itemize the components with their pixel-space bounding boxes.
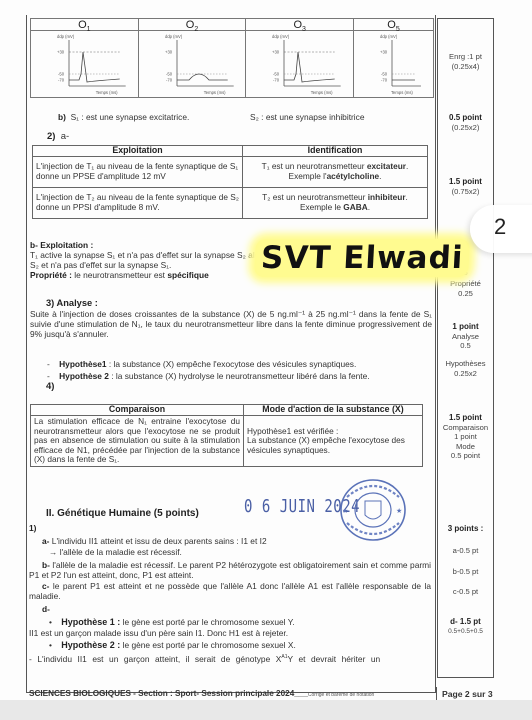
svg-text:-50: -50 — [58, 72, 65, 77]
svg-text:ddp (mV): ddp (mV) — [165, 34, 183, 39]
svg-text:-50: -50 — [273, 72, 280, 77]
mode-cell: Hypothèse1 est vérifiée : La substance (… — [244, 416, 423, 467]
footer-page-number: Page 2 sur 3 — [436, 687, 493, 701]
svg-text:-70: -70 — [58, 78, 65, 83]
svg-text:ddp (mV): ddp (mV) — [380, 34, 398, 39]
graph-o5: ddp (mV)Temps (ms)+30-50-70 — [354, 32, 433, 98]
grade-text: (0.25x2) — [437, 123, 494, 133]
q2b-line2: S₂ et n'a pas d'effet sur la synapse S₁. — [30, 260, 171, 270]
grade-text: 0.25 — [437, 289, 494, 299]
table-row: La stimulation efficace de N₁ entraine l… — [31, 416, 423, 467]
col-header: Exploitation — [33, 146, 243, 157]
part2-a: a- L'individu II1 atteint et issu de deu… — [42, 536, 267, 546]
svg-text:+30: +30 — [380, 50, 388, 55]
svg-text:-50: -50 — [166, 72, 173, 77]
graph-o3: ddp (mV)Temps (ms)+30-50-70 — [246, 32, 353, 98]
col-header: Mode d'action de la substance (X) — [244, 405, 423, 416]
part2-c: c- le parent P1 est atteint et ne possèd… — [29, 581, 431, 601]
grade-g1: 3 points : — [437, 524, 494, 534]
q4-label: 4) — [46, 382, 54, 392]
grade-text: Propriété — [437, 279, 494, 289]
grade-enrg: Enrg :1 pt (0.25x4) — [437, 52, 494, 71]
grade-text: (0.75x2) — [437, 187, 494, 197]
svg-text:★: ★ — [342, 507, 348, 515]
svg-text:Temps (ms): Temps (ms) — [96, 90, 118, 95]
q2a-table: Exploitation Identification L'injection … — [32, 145, 428, 219]
graph-o1: ddp (mV)Temps (ms)+30-50-70 — [31, 32, 138, 98]
grade-text: Comparaison — [437, 423, 494, 433]
grade-points: 1.5 point — [449, 413, 482, 422]
page-counter-badge[interactable]: 2 — [470, 205, 532, 253]
part2-hyp2-conclusion: - L'individu II1 est un garçon atteint, … — [29, 652, 380, 664]
grade-text: (0.25x4) — [437, 62, 494, 72]
q3-hypothesis-2: - Hypothèse 2 : la substance (X) hydroly… — [47, 371, 370, 381]
identification-cell: T₁ est un neurotransmetteur excitateur. … — [243, 157, 428, 188]
part2-hyp1-conclusion: II1 est un garçon malade issu d'un père … — [29, 628, 288, 638]
svg-text:Temps (ms): Temps (ms) — [203, 90, 225, 95]
svg-text:+30: +30 — [165, 50, 173, 55]
part2-hyp1: • Hypothèse 1 : le gène est porté par le… — [49, 617, 295, 627]
svg-text:-70: -70 — [273, 78, 280, 83]
exploitation-cell: L'injection de T₂ au niveau de la fente … — [33, 188, 243, 219]
svg-text:+30: +30 — [57, 50, 65, 55]
grade-q2a: 1.5 point (0.75x2) — [437, 177, 494, 196]
svg-text:+30: +30 — [272, 50, 280, 55]
graph-cell: O1 ddp (mV)Temps (ms)+30-50-70 — [31, 19, 139, 97]
svg-text:-50: -50 — [381, 72, 388, 77]
grade-propriete: Propriété 0.25 — [437, 279, 494, 298]
svg-text:★: ★ — [396, 507, 402, 515]
col-header: Comparaison — [31, 405, 244, 416]
grade-g1b: b-0.5 pt — [437, 567, 494, 577]
q3-analysis: Suite à l'injection de doses croissantes… — [30, 309, 432, 340]
official-seal-icon: ★ ★ — [338, 477, 408, 543]
grade-points: 1.5 point — [449, 177, 482, 186]
q3-title: 3) Analyse : — [46, 298, 98, 308]
part2-hyp2: • Hypothèse 2 : le gène est porté par le… — [49, 640, 296, 650]
part2-title: II. Génétique Humaine (5 points) — [46, 509, 199, 519]
graph-cell: O2 ddp (mV)Temps (ms)+30-50-70 — [139, 19, 247, 97]
part2-a-conclusion: → l'allèle de la maladie est récessif. — [49, 547, 182, 557]
graph-o2: ddp (mV)Temps (ms)+30-50-70 — [139, 32, 246, 98]
comparaison-cell: La stimulation efficace de N₁ entraine l… — [31, 416, 244, 467]
grade-text: 1 point — [437, 432, 494, 442]
q2b-title: b- Exploitation : — [30, 240, 93, 250]
grade-text: Mode — [437, 442, 494, 452]
identification-cell: T₂ est un neurotransmetteur inhibiteur. … — [243, 188, 428, 219]
part2-b: b- l'allèle de la maladie est récessif. … — [29, 560, 431, 580]
part2-q1-label: 1) — [29, 523, 36, 533]
footer-left: SCIENCES BIOLOGIQUES - Section : Sport- … — [29, 689, 374, 698]
oscillogram-table: O1 ddp (mV)Temps (ms)+30-50-70 O2 ddp (m… — [30, 18, 434, 98]
graph-header: O3 — [246, 19, 353, 31]
grade-q1b: 0.5 point (0.25x2) — [437, 113, 494, 132]
q1b-s2: S₂ : est une synapse inhibitrice — [250, 112, 365, 122]
graph-cell: O5 ddp (mV)Temps (ms)+30-50-70 — [354, 19, 433, 97]
grade-points: 0.5 point — [449, 113, 482, 122]
table-row: L'injection de T₁ au niveau de la fente … — [33, 157, 428, 188]
graph-cell: O3 ddp (mV)Temps (ms)+30-50-70 — [246, 19, 354, 97]
exploitation-cell: L'injection de T₁ au niveau de la fente … — [33, 157, 243, 188]
graph-header: O1 — [31, 19, 138, 31]
grade-text: 0.5+0.5+0.5 — [437, 627, 494, 637]
grade-hypotheses: Hypothèses 0.25x2 — [437, 359, 494, 378]
grade-q4: 1.5 point Comparaison 1 point Mode 0.5 p… — [437, 413, 494, 461]
q2a-label: 2) a- — [47, 132, 69, 142]
grade-text: 0.5 — [437, 341, 494, 351]
grade-points: 1 point — [452, 322, 478, 331]
grade-points: 3 points : — [448, 524, 484, 533]
q2b-propriete: Propriété : le neurotransmetteur est spé… — [30, 270, 209, 280]
svg-text:ddp (mV): ddp (mV) — [272, 34, 290, 39]
graph-header: O2 — [139, 19, 246, 31]
grade-g1a: a-0.5 pt — [437, 546, 494, 556]
bottom-strip — [0, 700, 532, 720]
q3-hypothesis-1: - Hypothèse1 : la substance (X) empêche … — [47, 359, 356, 369]
grade-points: d- 1.5 pt — [450, 617, 481, 626]
col-header: Identification — [243, 146, 428, 157]
grade-text: 0.25x2 — [437, 369, 494, 379]
grade-g1c: c-0.5 pt — [437, 587, 494, 597]
grade-q3: 1 point Analyse 0.5 — [437, 322, 494, 351]
grade-text: Hypothèses — [437, 359, 494, 369]
grade-text: Analyse — [437, 332, 494, 342]
q4-table: Comparaison Mode d'action de la substanc… — [30, 404, 423, 467]
q1b-line: b) S₁ : est une synapse excitatrice. — [58, 112, 189, 122]
svg-text:Temps (ms): Temps (ms) — [391, 90, 413, 95]
graph-header: O5 — [354, 19, 433, 31]
watermark-logo: SVT Elwadi — [254, 239, 470, 277]
svg-text:-70: -70 — [166, 78, 173, 83]
svg-text:-70: -70 — [381, 78, 388, 83]
table-row: L'injection de T₂ au niveau de la fente … — [33, 188, 428, 219]
page-counter-number: 2 — [494, 214, 506, 240]
grade-text: 0.5 point — [437, 451, 494, 461]
document-page: O1 ddp (mV)Temps (ms)+30-50-70 O2 ddp (m… — [0, 0, 532, 720]
grade-text: Enrg :1 pt — [437, 52, 494, 62]
grade-g1d: d- 1.5 pt 0.5+0.5+0.5 — [437, 617, 494, 636]
part2-d-label: d- — [42, 604, 50, 614]
svg-text:Temps (ms): Temps (ms) — [311, 90, 333, 95]
svg-text:ddp (mV): ddp (mV) — [57, 34, 75, 39]
